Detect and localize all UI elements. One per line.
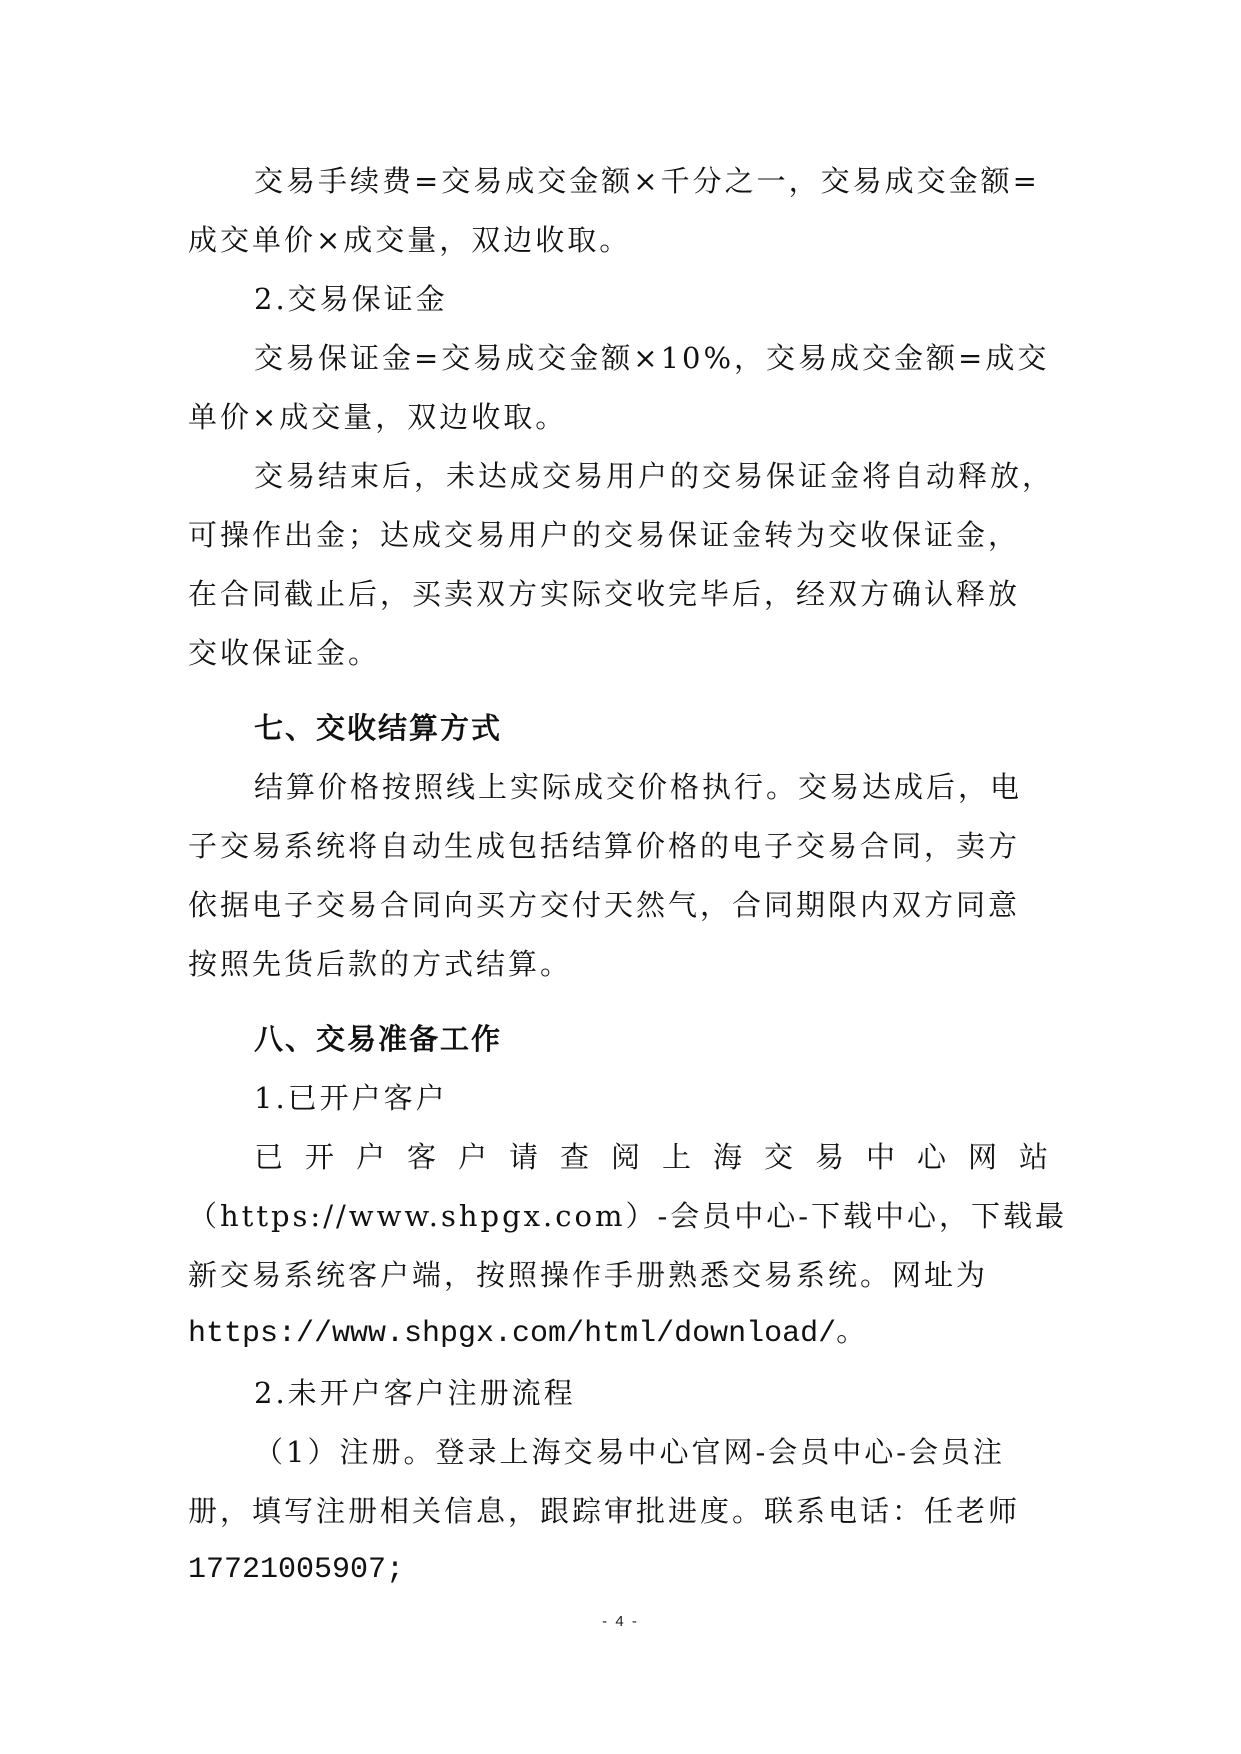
margin-subtitle: 2.交易保证金 [188,270,1054,329]
section-8-heading: 八、交易准备工作 [188,1010,1054,1069]
release-para-line-2: 可操作出金；达成交易用户的交易保证金转为交收保证金， [188,506,1054,565]
registration-para-line-1: （1）注册。登录上海交易中心官网-会员中心-会员注 [188,1423,1054,1482]
fee-formula-line-2: 成交单价×成交量，双边收取。 [188,211,1054,270]
release-para-line-3: 在合同截止后，买卖双方实际交收完毕后，经双方确认释放 [188,565,1054,624]
existing-client-para-line-3: 新交易系统客户端，按照操作手册熟悉交易系统。网址为 [188,1246,1054,1305]
page-number: - 4 - [0,1613,1241,1630]
document-page: 交易手续费=交易成交金额×千分之一，交易成交金额= 成交单价×成交量，双边收取。… [188,152,1054,1600]
contact-phone: 17721005907; [188,1541,1054,1600]
registration-para-line-2: 册，填写注册相关信息，跟踪审批进度。联系电话：任老师 [188,1482,1054,1541]
fee-formula-line-1: 交易手续费=交易成交金额×千分之一，交易成交金额= [188,152,1054,211]
download-url-link[interactable]: https://www.shpgx.com/html/download/。 [188,1305,1054,1364]
new-client-subtitle: 2.未开户客户注册流程 [188,1364,1054,1423]
settlement-para-line-4: 按照先货后款的方式结算。 [188,935,1054,994]
existing-client-para-line-1: 已开户客户请查阅上海交易中心网站 [188,1128,1054,1187]
release-para-line-1: 交易结束后，未达成交易用户的交易保证金将自动释放， [188,447,1054,506]
settlement-para-line-3: 依据电子交易合同向买方交付天然气，合同期限内双方同意 [188,876,1054,935]
settlement-para-line-2: 子交易系统将自动生成包括结算价格的电子交易合同，卖方 [188,817,1054,876]
section-7-heading: 七、交收结算方式 [188,699,1054,758]
margin-formula-line-1: 交易保证金=交易成交金额×10%，交易成交金额=成交 [188,329,1054,388]
release-para-line-4: 交收保证金。 [188,624,1054,683]
settlement-para-line-1: 结算价格按照线上实际成交价格执行。交易达成后，电 [188,758,1054,817]
existing-client-subtitle: 1.已开户客户 [188,1069,1054,1128]
existing-client-para-line-2[interactable]: （https://www.shpgx.com）-会员中心-下载中心，下载最 [188,1187,1054,1246]
margin-formula-line-2: 单价×成交量，双边收取。 [188,388,1054,447]
